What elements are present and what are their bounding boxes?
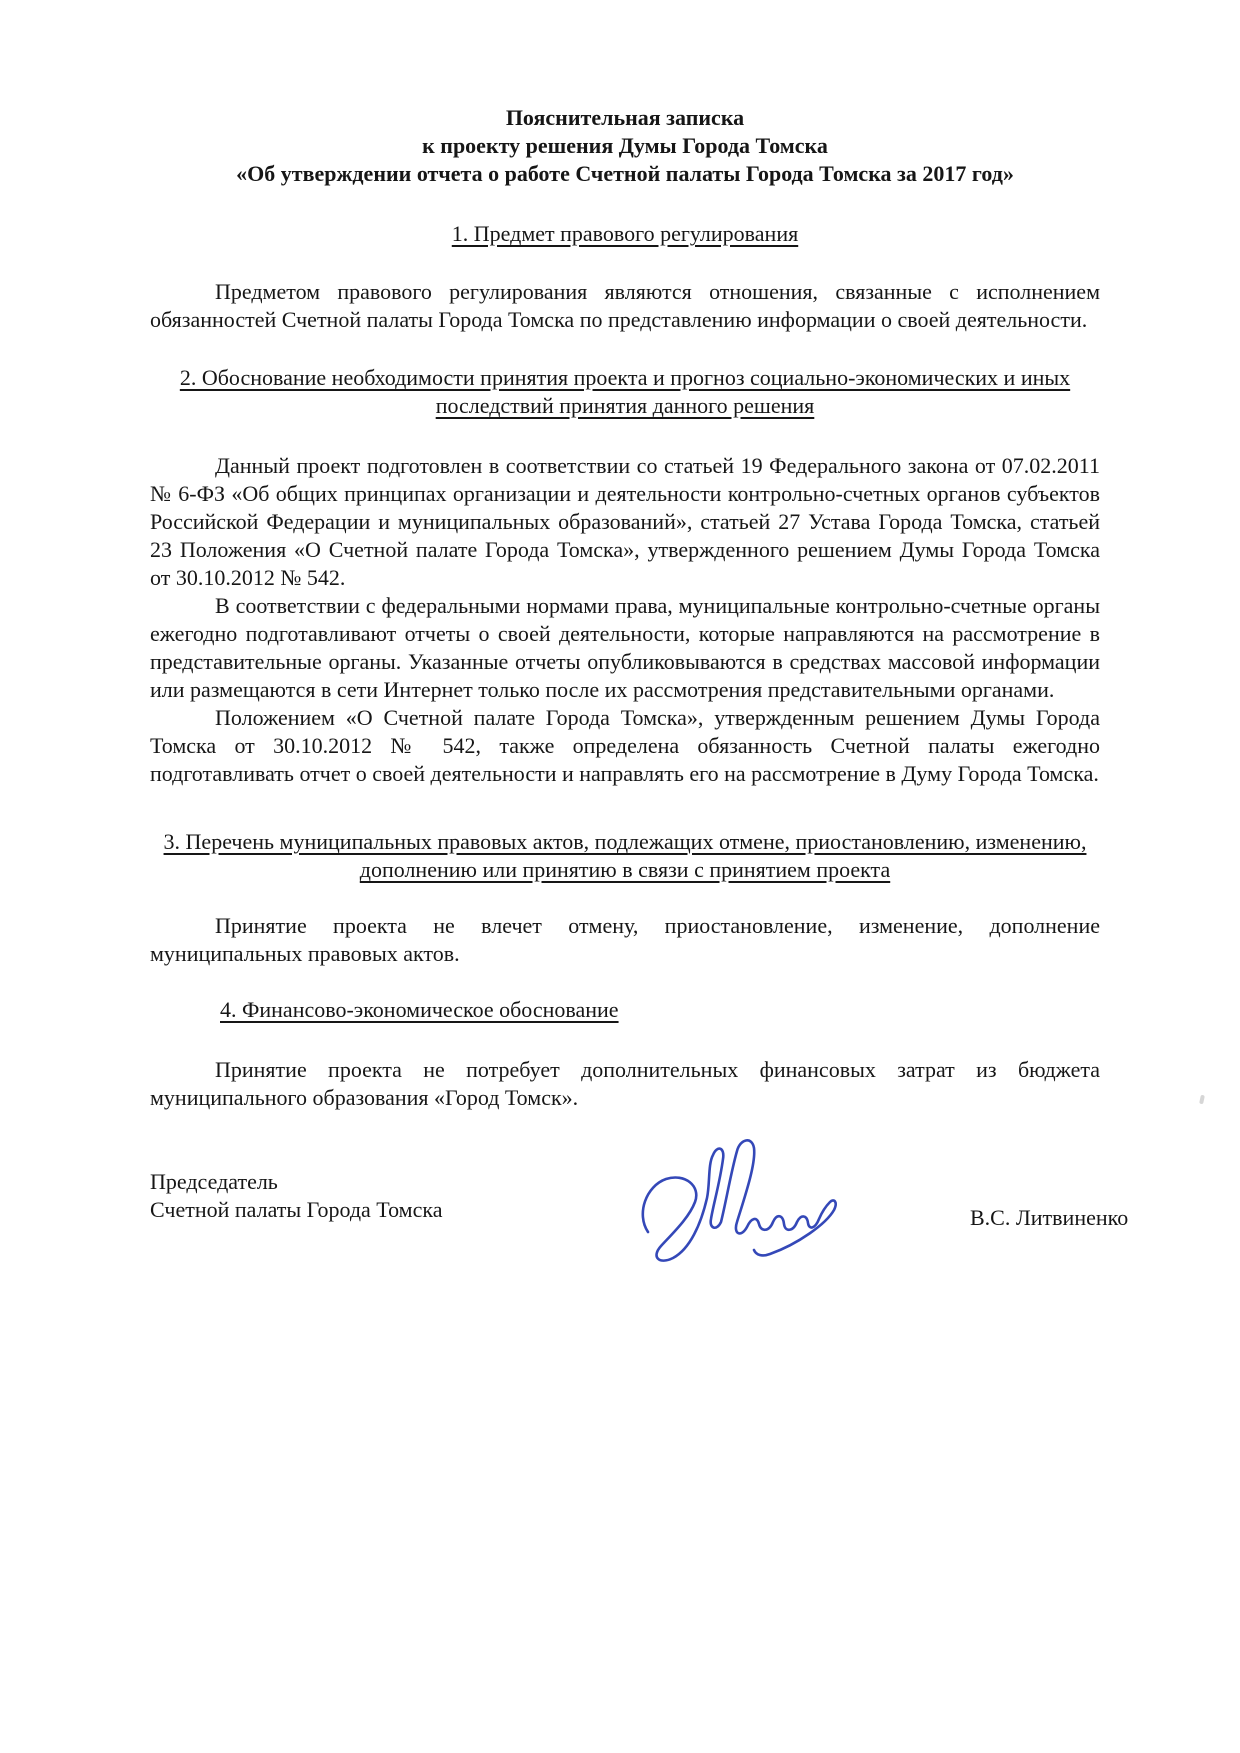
section-4: 4. Финансово-экономическое обоснование П…	[150, 996, 1100, 1112]
signature-ink	[638, 1134, 848, 1269]
document-title: Пояснительная записка к проекту решения …	[150, 104, 1100, 188]
section-2-paragraph-2: В соответствии с федеральными нормами пр…	[150, 592, 1100, 704]
section-2-heading: 2. Обоснование необходимости принятия пр…	[150, 364, 1100, 420]
document-content: Пояснительная записка к проекту решения …	[150, 104, 1100, 1338]
signature-block: Председатель Счетной палаты Города Томск…	[150, 1168, 1100, 1338]
section-2-paragraph-1: Данный проект подготовлен в соответствии…	[150, 452, 1100, 592]
section-3-paragraph: Принятие проекта не влечет отмену, приос…	[150, 912, 1100, 968]
signer-position-line-1: Председатель	[150, 1168, 1100, 1196]
signer-name: В.С. Литвиненко	[970, 1204, 1128, 1232]
signer-position: Председатель Счетной палаты Города Томск…	[150, 1168, 1100, 1224]
signer-position-line-2: Счетной палаты Города Томска	[150, 1196, 1100, 1224]
document-page: Пояснительная записка к проекту решения …	[0, 0, 1240, 1753]
section-2: 2. Обоснование необходимости принятия пр…	[150, 364, 1100, 788]
title-line-3: «Об утверждении отчета о работе Счетной …	[150, 160, 1100, 188]
section-4-heading: 4. Финансово-экономическое обоснование	[150, 996, 1100, 1024]
section-1-heading: 1. Предмет правового регулирования	[150, 220, 1100, 248]
title-line-2: к проекту решения Думы Города Томска	[150, 132, 1100, 160]
section-1: 1. Предмет правового регулирования Предм…	[150, 220, 1100, 334]
signature-ink-path	[643, 1140, 836, 1260]
section-4-paragraph: Принятие проекта не потребует дополнител…	[150, 1056, 1100, 1112]
section-1-paragraph: Предметом правового регулирования являют…	[150, 278, 1100, 334]
section-3-heading: 3. Перечень муниципальных правовых актов…	[150, 828, 1100, 884]
title-line-1: Пояснительная записка	[150, 104, 1100, 132]
scan-speck	[1199, 1095, 1205, 1105]
section-2-paragraph-3: Положением «О Счетной палате Города Томс…	[150, 704, 1100, 788]
section-3: 3. Перечень муниципальных правовых актов…	[150, 828, 1100, 968]
